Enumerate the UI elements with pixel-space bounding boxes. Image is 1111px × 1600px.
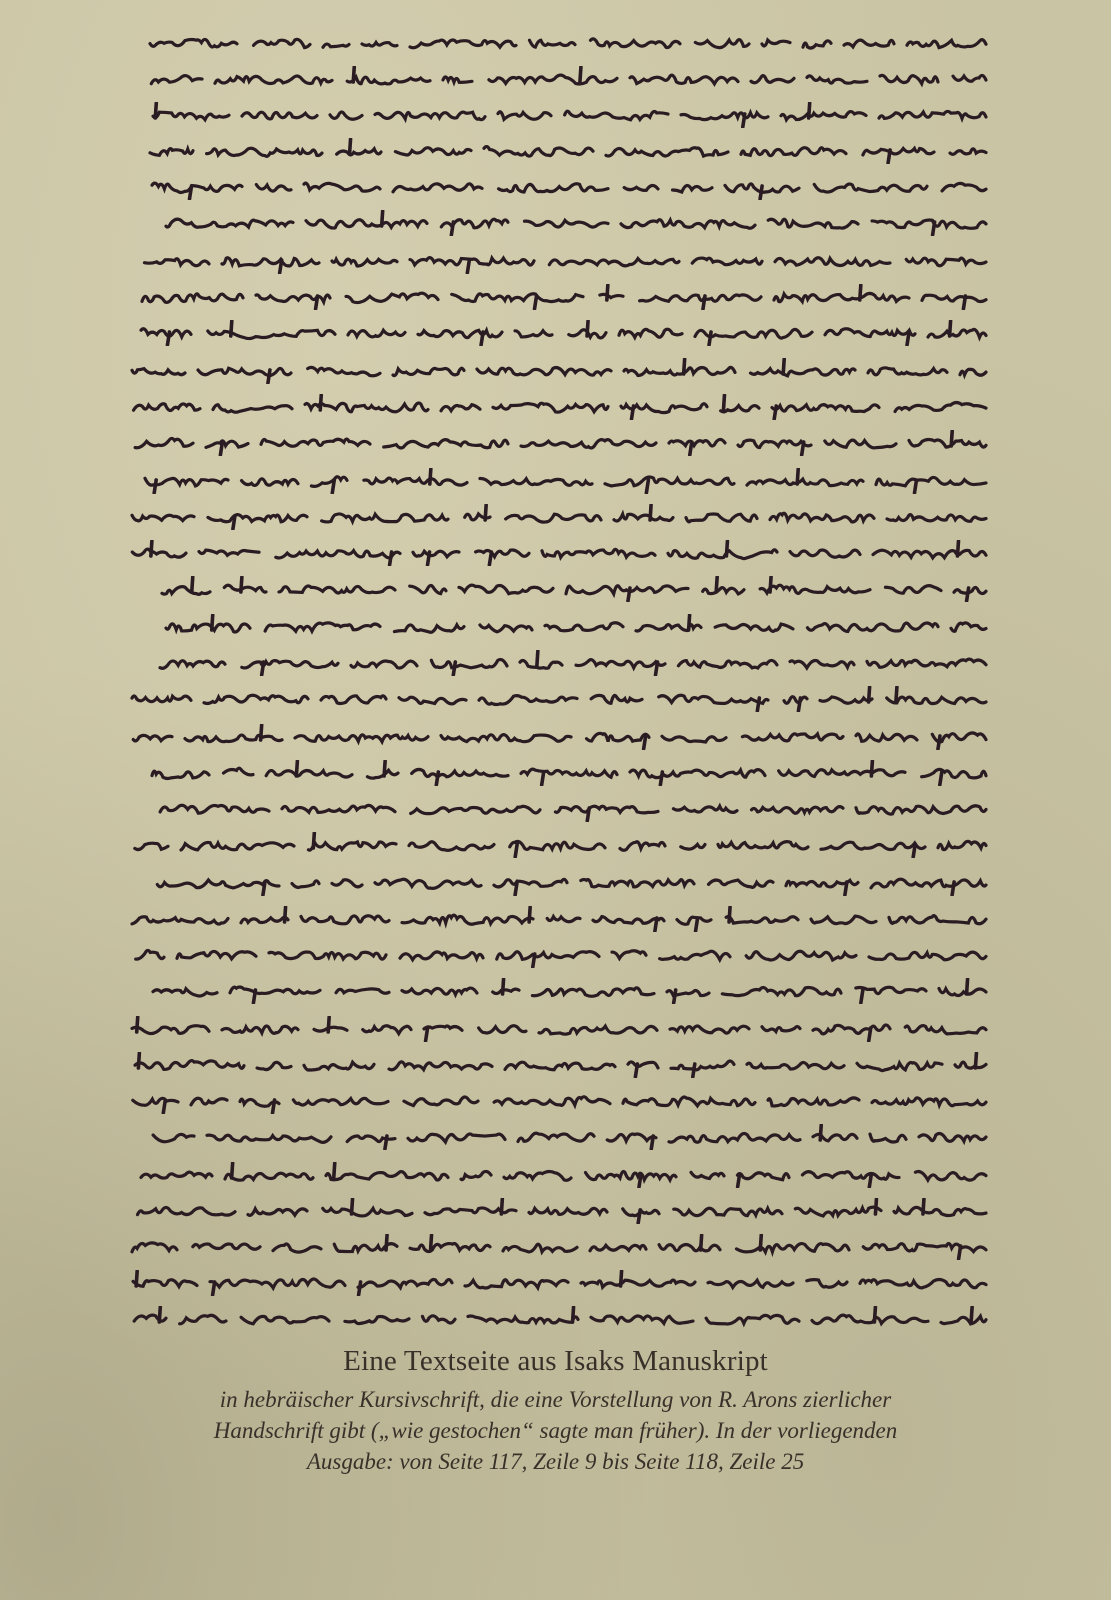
- handwritten-word: [854, 796, 988, 822]
- handwritten-word: [527, 1198, 609, 1224]
- handwritten-word: [917, 1124, 988, 1150]
- handwritten-word: [586, 30, 682, 56]
- handwritten-word: [578, 870, 696, 896]
- handwritten-word: [130, 540, 188, 566]
- manuscript-line: [148, 138, 988, 164]
- manuscript-line: [130, 614, 988, 640]
- manuscript-line: [130, 1088, 988, 1114]
- handwritten-word: [818, 686, 874, 712]
- handwritten-word: [949, 614, 988, 640]
- handwritten-word: [516, 1124, 596, 1150]
- handwritten-word: [391, 174, 484, 200]
- handwritten-word: [459, 504, 492, 530]
- handwritten-word: [130, 1306, 168, 1332]
- handwritten-word: [874, 468, 988, 494]
- handwritten-word: [670, 1198, 784, 1224]
- handwritten-word: [202, 686, 310, 712]
- manuscript-line: [148, 102, 988, 128]
- handwritten-word: [270, 540, 402, 566]
- handwritten-word: [130, 724, 174, 750]
- handwritten-word: [148, 102, 231, 128]
- handwritten-word: [819, 832, 927, 858]
- handwritten-word: [204, 138, 324, 164]
- handwritten-word: [391, 358, 466, 384]
- handwritten-word: [760, 30, 792, 56]
- handwritten-word: [735, 1162, 791, 1188]
- handwritten-word: [130, 942, 166, 968]
- handwritten-word: [392, 138, 473, 164]
- handwritten-word: [519, 210, 610, 236]
- handwritten-word: [255, 1052, 293, 1078]
- handwritten-word: [907, 430, 988, 456]
- manuscript-line: [130, 576, 988, 602]
- handwritten-word: [158, 650, 227, 676]
- handwritten-word: [768, 504, 876, 530]
- handwritten-word: [223, 1162, 315, 1188]
- handwritten-word: [591, 906, 666, 932]
- handwritten-word: [175, 942, 258, 968]
- handwritten-word: [228, 978, 322, 1004]
- handwritten-word: [926, 320, 988, 346]
- handwritten-word: [406, 796, 542, 822]
- handwritten-word: [513, 320, 554, 346]
- manuscript-line: [130, 1306, 988, 1332]
- handwritten-word: [204, 430, 250, 456]
- handwritten-word: [657, 1234, 722, 1260]
- handwritten-word: [604, 138, 730, 164]
- manuscript-line: [130, 394, 988, 420]
- handwritten-word: [739, 138, 848, 164]
- manuscript-line: [130, 796, 988, 822]
- manuscript-line: [130, 942, 988, 968]
- handwritten-word: [148, 1124, 196, 1150]
- handwritten-word: [239, 468, 300, 494]
- manuscript-line: [130, 870, 988, 896]
- handwritten-word: [801, 30, 833, 56]
- handwritten-word: [605, 1124, 658, 1150]
- handwritten-word: [530, 978, 656, 1004]
- handwritten-word: [438, 210, 510, 236]
- handwritten-word: [800, 1162, 901, 1188]
- handwritten-word: [537, 1016, 659, 1042]
- handwritten-word: [164, 614, 252, 640]
- handwritten-word: [766, 1088, 861, 1114]
- handwritten-word: [745, 468, 865, 494]
- handwritten-word: [579, 1270, 697, 1296]
- handwritten-word: [823, 320, 917, 346]
- manuscript-line: [130, 832, 988, 858]
- handwritten-word: [667, 1124, 802, 1150]
- manuscript-line: [130, 1162, 988, 1188]
- handwritten-word: [628, 66, 740, 92]
- handwritten-word: [428, 650, 509, 676]
- handwritten-word: [519, 760, 619, 786]
- handwritten-word: [202, 320, 337, 346]
- handwritten-word: [406, 1124, 507, 1150]
- handwritten-word: [691, 30, 751, 56]
- handwritten-word: [621, 1088, 757, 1114]
- caption-line-2: Handschrift gibt („wie gestochen“ sagte …: [0, 1415, 1111, 1446]
- handwritten-word: [239, 906, 290, 932]
- handwritten-word: [416, 320, 504, 346]
- manuscript-line: [130, 468, 988, 494]
- handwritten-word: [878, 66, 940, 92]
- handwritten-word: [373, 870, 483, 896]
- handwritten-word: [189, 1088, 229, 1114]
- handwritten-word: [877, 102, 988, 128]
- handwritten-word: [330, 248, 399, 274]
- handwritten-word: [139, 320, 193, 346]
- handwritten-word: [936, 832, 988, 858]
- handwritten-word: [213, 66, 334, 92]
- handwritten-word: [858, 1270, 988, 1296]
- handwritten-word: [588, 686, 644, 712]
- handwritten-word: [459, 1162, 493, 1188]
- handwritten-word: [610, 942, 648, 968]
- handwritten-word: [563, 320, 608, 346]
- handwritten-word: [705, 870, 775, 896]
- handwritten-word: [811, 1124, 859, 1150]
- handwritten-word: [551, 796, 660, 822]
- handwritten-word: [349, 650, 419, 676]
- handwritten-word: [626, 1052, 660, 1078]
- handwritten-word: [408, 1234, 492, 1260]
- handwritten-word: [399, 1088, 480, 1114]
- handwritten-word: [545, 248, 681, 274]
- handwritten-word: [745, 1052, 846, 1078]
- handwritten-word: [385, 1052, 494, 1078]
- handwritten-word: [779, 102, 868, 128]
- handwritten-word: [183, 724, 284, 750]
- manuscript-line: [130, 1052, 988, 1078]
- handwritten-word: [564, 576, 690, 602]
- handwritten-word: [718, 394, 761, 420]
- handwritten-word: [341, 284, 440, 310]
- handwritten-word: [501, 504, 603, 530]
- handwritten-word: [883, 686, 988, 712]
- handwritten-word: [699, 576, 746, 602]
- handwritten-word: [160, 576, 212, 602]
- handwritten-word: [132, 1198, 237, 1224]
- handwritten-word: [152, 870, 281, 896]
- manuscript-line: [130, 540, 988, 566]
- caption-title: Eine Textseite aus Isaks Manuskript: [0, 1345, 1111, 1378]
- handwritten-word: [246, 1198, 309, 1224]
- manuscript-line: [148, 30, 988, 56]
- handwritten-word: [208, 1270, 347, 1296]
- handwritten-word: [669, 796, 739, 822]
- caption-line-3: Ausgabe: von Seite 117, Zeile 9 bis Seit…: [0, 1446, 1111, 1477]
- handwritten-word: [302, 358, 382, 384]
- manuscript-line: [130, 1016, 988, 1042]
- handwritten-word: [809, 906, 878, 932]
- handwritten-word: [628, 760, 767, 786]
- handwritten-word: [470, 540, 531, 566]
- handwritten-word: [716, 832, 810, 858]
- handwritten-word: [867, 942, 988, 968]
- manuscript-line: [148, 66, 988, 92]
- handwritten-word: [356, 1270, 454, 1296]
- handwritten-word: [676, 832, 707, 858]
- handwritten-word: [346, 320, 407, 346]
- manuscript-line: [130, 430, 988, 456]
- handwritten-word: [616, 832, 667, 858]
- handwritten-word: [321, 30, 351, 56]
- handwritten-word: [939, 1306, 988, 1332]
- handwritten-word: [441, 66, 474, 92]
- handwritten-word: [220, 248, 321, 274]
- handwritten-word: [330, 870, 364, 896]
- handwritten-word: [543, 614, 625, 640]
- handwritten-word: [660, 724, 728, 750]
- handwritten-word: [309, 1016, 349, 1042]
- handwritten-word: [360, 30, 399, 56]
- manuscript-line: [130, 1124, 988, 1150]
- handwritten-word: [342, 1124, 397, 1150]
- handwritten-word: [148, 138, 195, 164]
- handwritten-word: [150, 760, 211, 786]
- handwritten-word: [811, 1016, 892, 1042]
- handwritten-word: [618, 1198, 661, 1224]
- handwritten-word: [482, 138, 595, 164]
- handwritten-word: [760, 1016, 802, 1042]
- handwritten-word: [582, 724, 651, 750]
- handwritten-word: [810, 1306, 930, 1332]
- manuscript-line: [130, 1270, 988, 1296]
- handwritten-word: [411, 540, 461, 566]
- handwritten-word: [772, 284, 911, 310]
- handwritten-word: [573, 650, 667, 676]
- handwritten-word: [488, 978, 521, 1004]
- handwritten-word: [755, 576, 872, 602]
- handwritten-word: [855, 1052, 944, 1078]
- handwritten-word: [746, 358, 857, 384]
- handwritten-word: [400, 906, 535, 932]
- handwritten-word: [309, 468, 349, 494]
- handwritten-word: [133, 1052, 246, 1078]
- handwritten-word: [449, 284, 585, 310]
- handwritten-word: [332, 1234, 399, 1260]
- handwritten-word: [177, 1306, 228, 1332]
- handwritten-word: [400, 978, 479, 1004]
- handwritten-word: [397, 942, 485, 968]
- handwritten-word: [477, 686, 579, 712]
- handwritten-word: [784, 870, 860, 896]
- handwritten-word: [619, 174, 660, 200]
- handwritten-word: [220, 1016, 300, 1042]
- handwritten-word: [158, 796, 271, 822]
- handwritten-word: [527, 30, 577, 56]
- handwritten-word: [712, 614, 795, 640]
- manuscript-line: [130, 760, 988, 786]
- handwritten-word: [885, 504, 988, 530]
- handwritten-word: [804, 1270, 849, 1296]
- handwritten-word: [254, 284, 332, 310]
- handwritten-word: [293, 724, 430, 750]
- handwritten-word: [358, 1016, 413, 1042]
- handwritten-word: [634, 614, 703, 640]
- handwritten-word: [748, 796, 845, 822]
- manuscript-line: [130, 650, 988, 676]
- handwritten-word: [179, 832, 296, 858]
- handwritten-word: [890, 394, 988, 420]
- handwritten-word: [391, 614, 466, 640]
- handwritten-word: [303, 394, 430, 420]
- manuscript-line: [130, 504, 988, 530]
- handwritten-word: [373, 102, 487, 128]
- handwritten-word: [612, 504, 675, 530]
- handwritten-word: [928, 724, 988, 750]
- handwritten-word: [720, 978, 843, 1004]
- handwritten-word: [938, 174, 988, 200]
- handwritten-word: [280, 796, 397, 822]
- handwritten-word: [505, 832, 607, 858]
- handwritten-word: [842, 30, 896, 56]
- handwritten-word: [148, 30, 239, 56]
- handwritten-word: [810, 174, 929, 200]
- handwritten-word: [130, 1016, 211, 1042]
- handwritten-word: [130, 906, 230, 932]
- handwritten-word: [668, 1016, 751, 1042]
- handwritten-word: [665, 978, 711, 1004]
- handwritten-word: [544, 906, 582, 932]
- handwritten-word: [304, 210, 429, 236]
- handwritten-word: [690, 248, 764, 274]
- handwritten-word: [619, 394, 709, 420]
- handwritten-word: [237, 1306, 331, 1332]
- handwritten-word: [916, 760, 988, 786]
- handwritten-word: [657, 942, 732, 968]
- handwritten-word: [259, 430, 372, 456]
- handwritten-word: [871, 540, 988, 566]
- handwritten-word: [501, 1234, 579, 1260]
- handwritten-word: [589, 1306, 695, 1332]
- manuscript-line: [140, 174, 988, 200]
- manuscript-line: [130, 320, 988, 346]
- handwritten-word: [343, 66, 432, 92]
- handwritten-word: [205, 504, 309, 530]
- manuscript-line: [130, 724, 988, 750]
- handwritten-word: [483, 66, 619, 92]
- handwritten-word: [130, 430, 195, 456]
- handwritten-word: [140, 248, 211, 274]
- handwritten-word: [333, 138, 383, 164]
- handwritten-word: [687, 1162, 726, 1188]
- manuscript-line: [130, 1198, 988, 1224]
- handwritten-word: [617, 320, 684, 346]
- handwritten-word: [148, 66, 204, 92]
- handwritten-word: [324, 1162, 450, 1188]
- handwritten-word: [492, 870, 569, 896]
- handwritten-word: [860, 1234, 988, 1260]
- handwritten-word: [749, 66, 796, 92]
- handwritten-word: [822, 430, 898, 456]
- handwritten-word: [491, 394, 610, 420]
- handwritten-word: [953, 1052, 988, 1078]
- handwritten-word: [852, 978, 928, 1004]
- handwritten-word: [409, 760, 510, 786]
- handwritten-word: [408, 30, 518, 56]
- handwritten-word: [130, 832, 170, 858]
- handwritten-word: [679, 102, 770, 128]
- handwritten-word: [238, 1088, 281, 1114]
- manuscript-line: [130, 686, 988, 712]
- handwritten-word: [271, 1234, 323, 1260]
- handwritten-word: [478, 468, 594, 494]
- handwritten-word: [475, 614, 534, 640]
- handwritten-word: [731, 1234, 851, 1260]
- handwritten-word: [562, 102, 670, 128]
- handwritten-word: [264, 760, 354, 786]
- caption-line-1: in hebräischer Kursivschrift, die eine V…: [0, 1384, 1111, 1415]
- handwritten-word: [299, 906, 391, 932]
- book-page: Eine Textseite aus Isaks Manuskript in h…: [0, 0, 1111, 1600]
- handwritten-word: [770, 394, 881, 420]
- handwritten-word: [901, 1016, 988, 1042]
- handwritten-word: [318, 1198, 414, 1224]
- handwritten-word: [197, 540, 261, 566]
- handwritten-word: [151, 978, 219, 1004]
- handwritten-word: [240, 102, 319, 128]
- handwritten-word: [870, 1088, 988, 1114]
- handwritten-word: [466, 1306, 580, 1332]
- handwritten-word: [236, 650, 340, 676]
- handwritten-word: [463, 1270, 570, 1296]
- handwritten-word: [857, 138, 936, 164]
- handwritten-word: [722, 906, 800, 932]
- handwritten-word: [130, 358, 187, 384]
- handwritten-word: [318, 504, 450, 530]
- handwritten-word: [130, 394, 202, 420]
- handwritten-word: [489, 1088, 612, 1114]
- handwritten-word: [582, 1162, 678, 1188]
- handwritten-word: [588, 1234, 648, 1260]
- manuscript-line: [140, 284, 988, 310]
- manuscript-line: [130, 978, 988, 1004]
- handwritten-word: [887, 906, 988, 932]
- handwritten-word: [408, 248, 536, 274]
- handwritten-word: [741, 942, 858, 968]
- handwritten-word: [920, 284, 988, 310]
- handwritten-word: [439, 724, 573, 750]
- handwritten-word: [140, 284, 245, 310]
- handwritten-word: [805, 66, 869, 92]
- handwritten-word: [868, 1124, 908, 1150]
- manuscript-line: [130, 906, 988, 932]
- handwritten-word: [949, 66, 988, 92]
- manuscript-facsimile: [120, 40, 1010, 1330]
- handwritten-word: [675, 906, 713, 932]
- handwritten-word: [406, 576, 448, 602]
- handwritten-word: [340, 1306, 411, 1332]
- handwritten-word: [420, 1306, 457, 1332]
- handwritten-word: [594, 284, 625, 310]
- handwritten-word: [793, 1198, 883, 1224]
- handwritten-word: [130, 1234, 179, 1260]
- handwritten-word: [130, 1088, 180, 1114]
- handwritten-word: [788, 540, 862, 566]
- handwritten-word: [423, 1198, 518, 1224]
- handwritten-word: [331, 978, 391, 1004]
- handwritten-word: [205, 1124, 333, 1150]
- handwritten-word: [937, 978, 988, 1004]
- handwritten-word: [704, 1306, 801, 1332]
- handwritten-word: [869, 870, 988, 896]
- handwritten-word: [737, 724, 845, 750]
- handwritten-word: [736, 430, 813, 456]
- handwritten-word: [130, 504, 196, 530]
- handwritten-word: [958, 358, 988, 384]
